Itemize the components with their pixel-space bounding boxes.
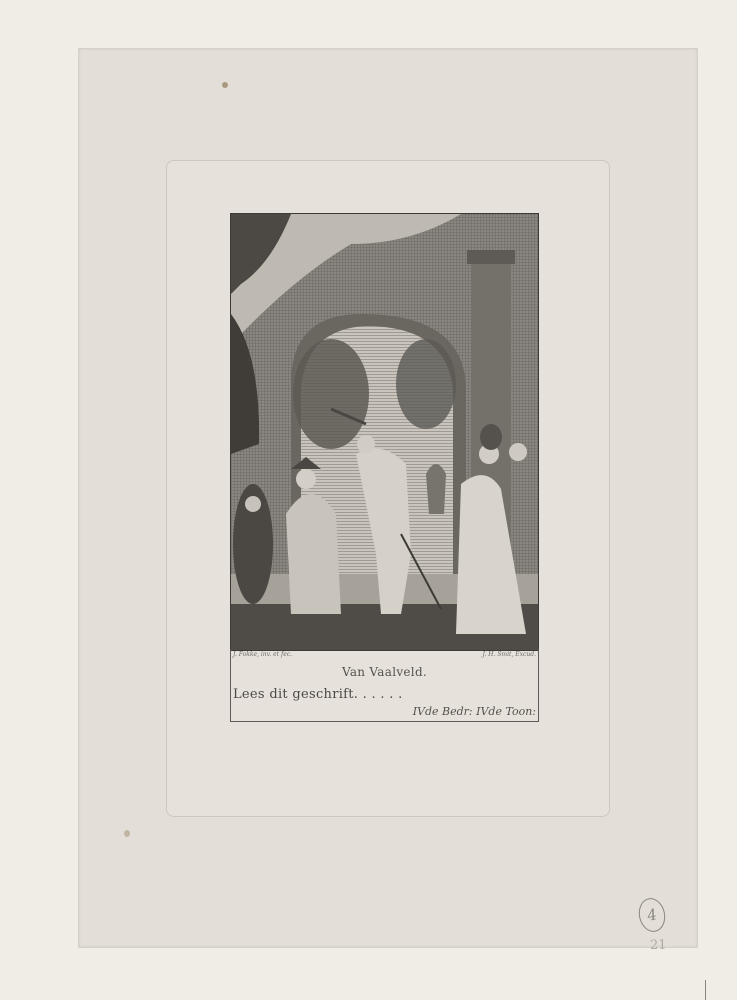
caption-box: J. Fokke, inv. et fec. J. H. Smit, Excud…: [230, 649, 539, 722]
act-scene-reference: IVde Bedr: IVde Toon:: [413, 705, 536, 718]
pencil-stroke: [705, 980, 706, 1000]
engraving-image: [230, 213, 539, 651]
speaker-name: Van Vaalveld.: [231, 665, 538, 679]
scene-illustration: [231, 214, 538, 650]
foxing-spot: [222, 82, 228, 88]
caption-line: Lees dit geschrift. . . . . .: [233, 687, 403, 702]
pencil-note-annotation: 21: [650, 938, 667, 953]
artist-signature: J. Fokke, inv. et fec.: [233, 651, 292, 658]
publisher-signature: J. H. Smit, Excud.: [483, 651, 536, 658]
foxing-spot: [124, 830, 130, 837]
